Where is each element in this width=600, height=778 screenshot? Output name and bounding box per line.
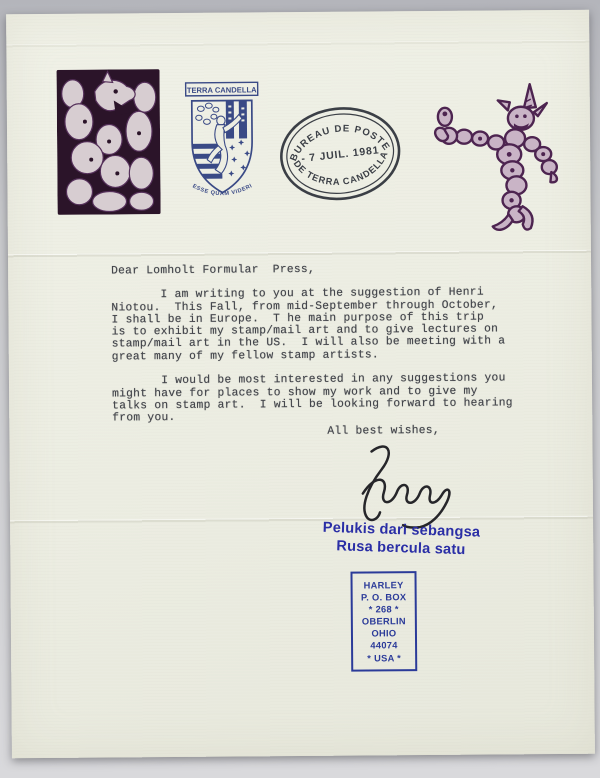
photo-of-letter: TERRA CANDELLA [0,0,600,778]
pelukis-rubber-stamp: Pelukis dari sebangsa Rusa bercula satu [308,519,495,560]
address-line-zip: 44074 [353,640,415,653]
closing-line: All best wishes, [327,425,440,438]
fold-crease-lower [10,516,593,525]
demon-figure-print-image [420,80,565,237]
address-line-state: OHIO [353,627,415,640]
bureau-de-poste-postmark: BUREAU DE POSTE - 7 JUIL. 1981 DE TERRA … [273,97,407,210]
fold-crease-top [6,40,589,49]
return-address-stamp: HARLEY P. O. BOX * 268 * OBERLIN OHIO 44… [350,571,417,671]
address-line-boxnumber: * 268 * [353,603,415,616]
letter-paragraphs: I am writing to you at the suggestion of… [111,286,532,425]
svg-text:ESSE QUAM VIDERI: ESSE QUAM VIDERI [191,183,253,197]
letter-body: Dear Lomholt Formular Press, I am writin… [111,262,532,425]
letter-line: from you. [112,409,532,425]
demon-figure-print-artwork [420,80,565,237]
address-line-pobox: P. O. BOX [353,591,415,604]
address-line-city: OBERLIN [353,615,415,628]
fold-crease-upper [8,250,591,259]
dragon-block-print-artwork [57,69,161,215]
letter-paper: TERRA CANDELLA [6,10,595,759]
address-line-name: HARLEY [353,579,415,592]
postmark-image: BUREAU DE POSTE - 7 JUIL. 1981 DE TERRA … [273,97,407,210]
terra-candella-shield-stamp: TERRA CANDELLA [174,79,271,206]
shield-motto-text: ESSE QUAM VIDERI [191,183,253,197]
dragon-block-print-image [57,69,161,215]
shield-stamp-image: TERRA CANDELLA [174,79,271,206]
postmark-date-text: - 7 JUIL. 1981 [301,144,380,165]
shield-title-text: TERRA CANDELLA [187,85,257,95]
address-line-country: * USA * [353,652,415,665]
salutation: Dear Lomholt Formular Press, [111,262,531,278]
